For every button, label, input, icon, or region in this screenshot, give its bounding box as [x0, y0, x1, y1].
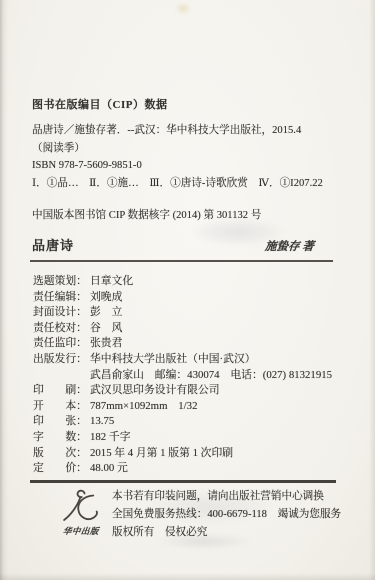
- colophon-value: 48.00 元: [90, 461, 353, 477]
- scan-edge-shadow-right: [369, 0, 375, 580]
- colophon-value: 刘晚成: [90, 290, 353, 306]
- colophon-row-edition: 版 次： 2015 年 4 月第 1 版第 1 次印刷: [33, 446, 353, 462]
- colophon-row-publisher: 出版发行： 华中科技大学出版社（中国·武汉）: [33, 352, 353, 368]
- publisher-logo-text: 华中出版: [53, 525, 108, 537]
- colophon-value: 787mm×1092mm 1/32: [90, 399, 353, 415]
- colophon-list: 选题策划： 日章文化 责任编辑： 刘晚成 封面设计： 彭 立 责任校对： 谷 风…: [33, 274, 353, 477]
- colophon-row-format: 开 本： 787mm×1092mm 1/32: [33, 399, 353, 415]
- cip-line-isbn: ISBN 978-7-5609-9851-0: [32, 157, 348, 175]
- colophon-value: 13.75: [90, 414, 353, 430]
- title-bar: 品唐诗 施蛰存 著: [32, 235, 334, 254]
- notice-line-exchange: 本书若有印装问题，请向出版社营销中心调换: [112, 488, 341, 506]
- colophon-value: 日章文化: [90, 274, 353, 290]
- cip-line-series: （阅读季）: [32, 140, 348, 158]
- author-name: 施蛰存 著: [265, 238, 335, 254]
- colophon-row-printer: 印 刷： 武汉贝思印务设计有限公司: [33, 383, 353, 399]
- colophon-row-planning: 选题策划： 日章文化: [33, 274, 353, 290]
- colophon-label: 封面设计：: [33, 305, 90, 321]
- colophon-row-sheets: 印 张： 13.75: [33, 414, 353, 430]
- scan-edge-shadow-left: [0, 0, 8, 580]
- colophon-value: 张贵君: [90, 336, 353, 352]
- colophon-value: 谷 风: [90, 321, 353, 337]
- colophon-label: [33, 368, 90, 384]
- notice-line-copyright: 版权所有 侵权必究: [112, 524, 341, 542]
- footer-notice: 本书若有印装问题，请向出版社营销中心调换 全国免费服务热线：400-6679-1…: [112, 488, 341, 543]
- colophon-row-editor: 责任编辑： 刘晚成: [33, 290, 353, 306]
- colophon-row-word-count: 字 数： 182 千字: [33, 430, 353, 446]
- colophon-label: 出版发行：: [33, 352, 90, 368]
- colophon-value: 武汉贝思印务设计有限公司: [90, 383, 353, 399]
- colophon-value: 武昌俞家山 邮编：430074 电话：(027) 81321915: [90, 368, 353, 384]
- colophon-label: 字 数：: [33, 430, 90, 446]
- colophon-label: 印 刷：: [33, 383, 90, 399]
- colophon-label: 责任编辑：: [33, 290, 90, 306]
- colophon-value: 2015 年 4 月第 1 版第 1 次印刷: [90, 446, 353, 462]
- book-title: 品唐诗: [32, 235, 74, 254]
- cip-data-block: 品唐诗／施蛰存著．--武汉：华中科技大学出版社，2015.4 （阅读季） ISB…: [32, 122, 348, 192]
- footer-divider-rule: [30, 480, 336, 483]
- colophon-value: 彭 立: [90, 305, 353, 321]
- colophon-row-print-supervisor: 责任监印： 张贵君: [33, 336, 353, 352]
- colophon-label: 定 价：: [33, 461, 90, 477]
- colophon-label: 选题策划：: [33, 274, 90, 290]
- colophon-value: 华中科技大学出版社（中国·武汉）: [90, 352, 353, 368]
- colophon-label: 责任监印：: [33, 336, 90, 352]
- colophon-row-cover-design: 封面设计： 彭 立: [33, 305, 353, 321]
- colophon-label: 开 本：: [33, 399, 90, 415]
- colophon-label: 版 次：: [33, 446, 90, 462]
- cip-registry-number: 中国版本图书馆 CIP 数据核字 (2014) 第 301132 号: [32, 207, 261, 222]
- publisher-logo-icon: [58, 489, 104, 525]
- book-copyright-page: 图书在版编目（CIP）数据 品唐诗／施蛰存著．--武汉：华中科技大学出版社，20…: [0, 0, 375, 580]
- colophon-value: 182 千字: [90, 430, 353, 446]
- colophon-row-publisher-address: 武昌俞家山 邮编：430074 电话：(027) 81321915: [33, 368, 353, 384]
- cip-header: 图书在版编目（CIP）数据: [32, 96, 167, 112]
- paper-stain: [176, 4, 190, 13]
- cip-line-classification: Ⅰ．①品… Ⅱ．①施… Ⅲ．①唐诗-诗歌欣赏 Ⅳ．①I207.22: [32, 175, 348, 193]
- colophon-row-price: 定 价： 48.00 元: [33, 461, 353, 477]
- notice-line-hotline: 全国免费服务热线：400-6679-118 竭诚为您服务: [112, 506, 341, 524]
- title-divider-rule: [30, 260, 333, 262]
- colophon-row-proofreader: 责任校对： 谷 风: [33, 321, 353, 337]
- colophon-label: 责任校对：: [33, 321, 90, 337]
- cip-line-title: 品唐诗／施蛰存著．--武汉：华中科技大学出版社，2015.4: [32, 122, 348, 140]
- colophon-label: 印 张：: [33, 414, 90, 430]
- publisher-logo: 华中出版: [54, 489, 108, 537]
- scan-edge-shadow-bottom: [0, 573, 375, 580]
